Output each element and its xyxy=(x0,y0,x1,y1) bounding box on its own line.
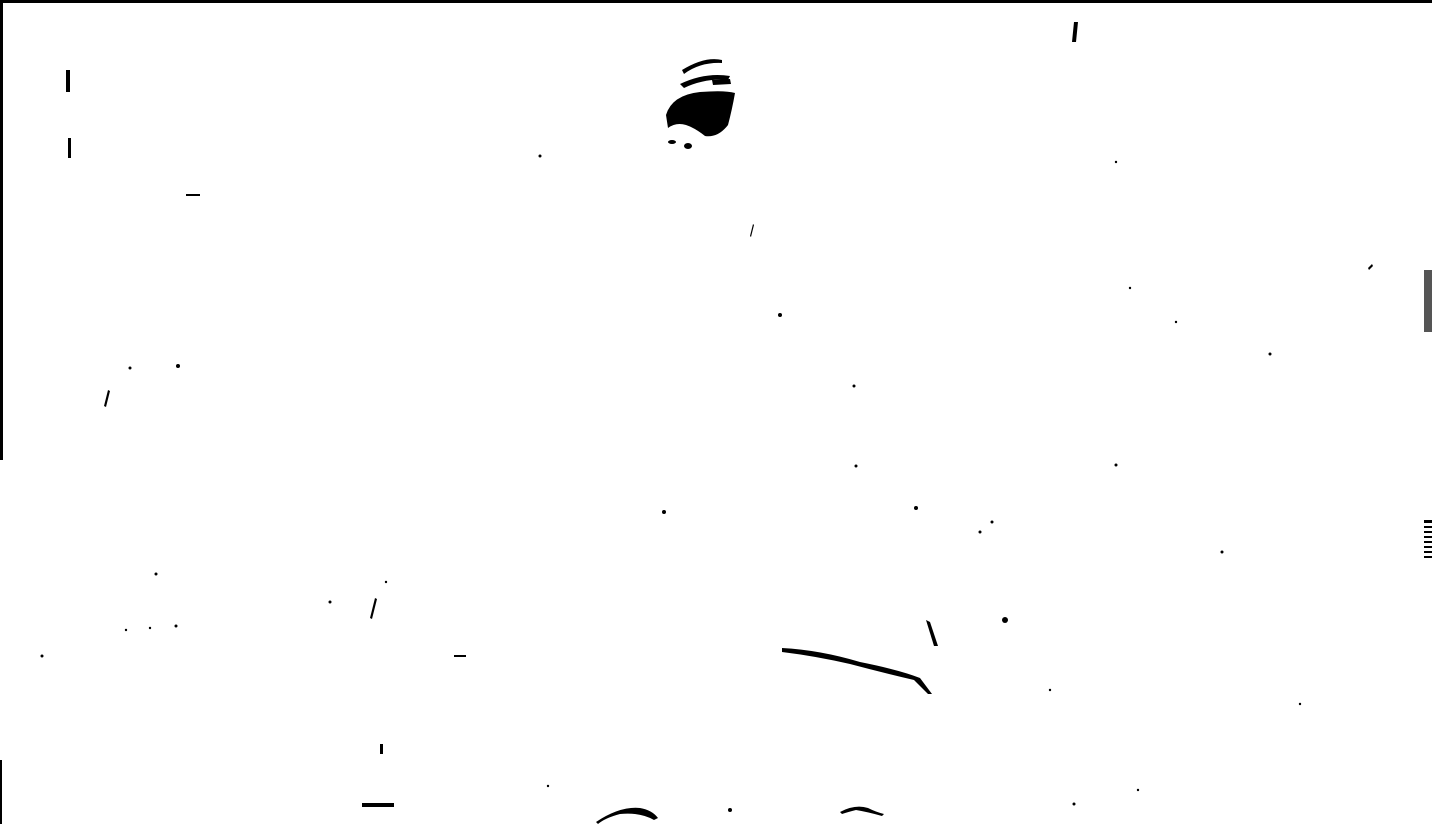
bottom-dash xyxy=(362,803,394,807)
scan-noise xyxy=(41,155,1302,813)
photo-frame: High-contrast black-and-white thresholde… xyxy=(0,0,1432,824)
photo-scene xyxy=(0,0,1432,824)
child-head xyxy=(666,59,735,149)
diagonal-stroke xyxy=(782,648,932,694)
bottom-arc-right xyxy=(840,807,884,816)
short-stroke xyxy=(926,620,938,646)
bottom-arc-left xyxy=(596,808,658,824)
